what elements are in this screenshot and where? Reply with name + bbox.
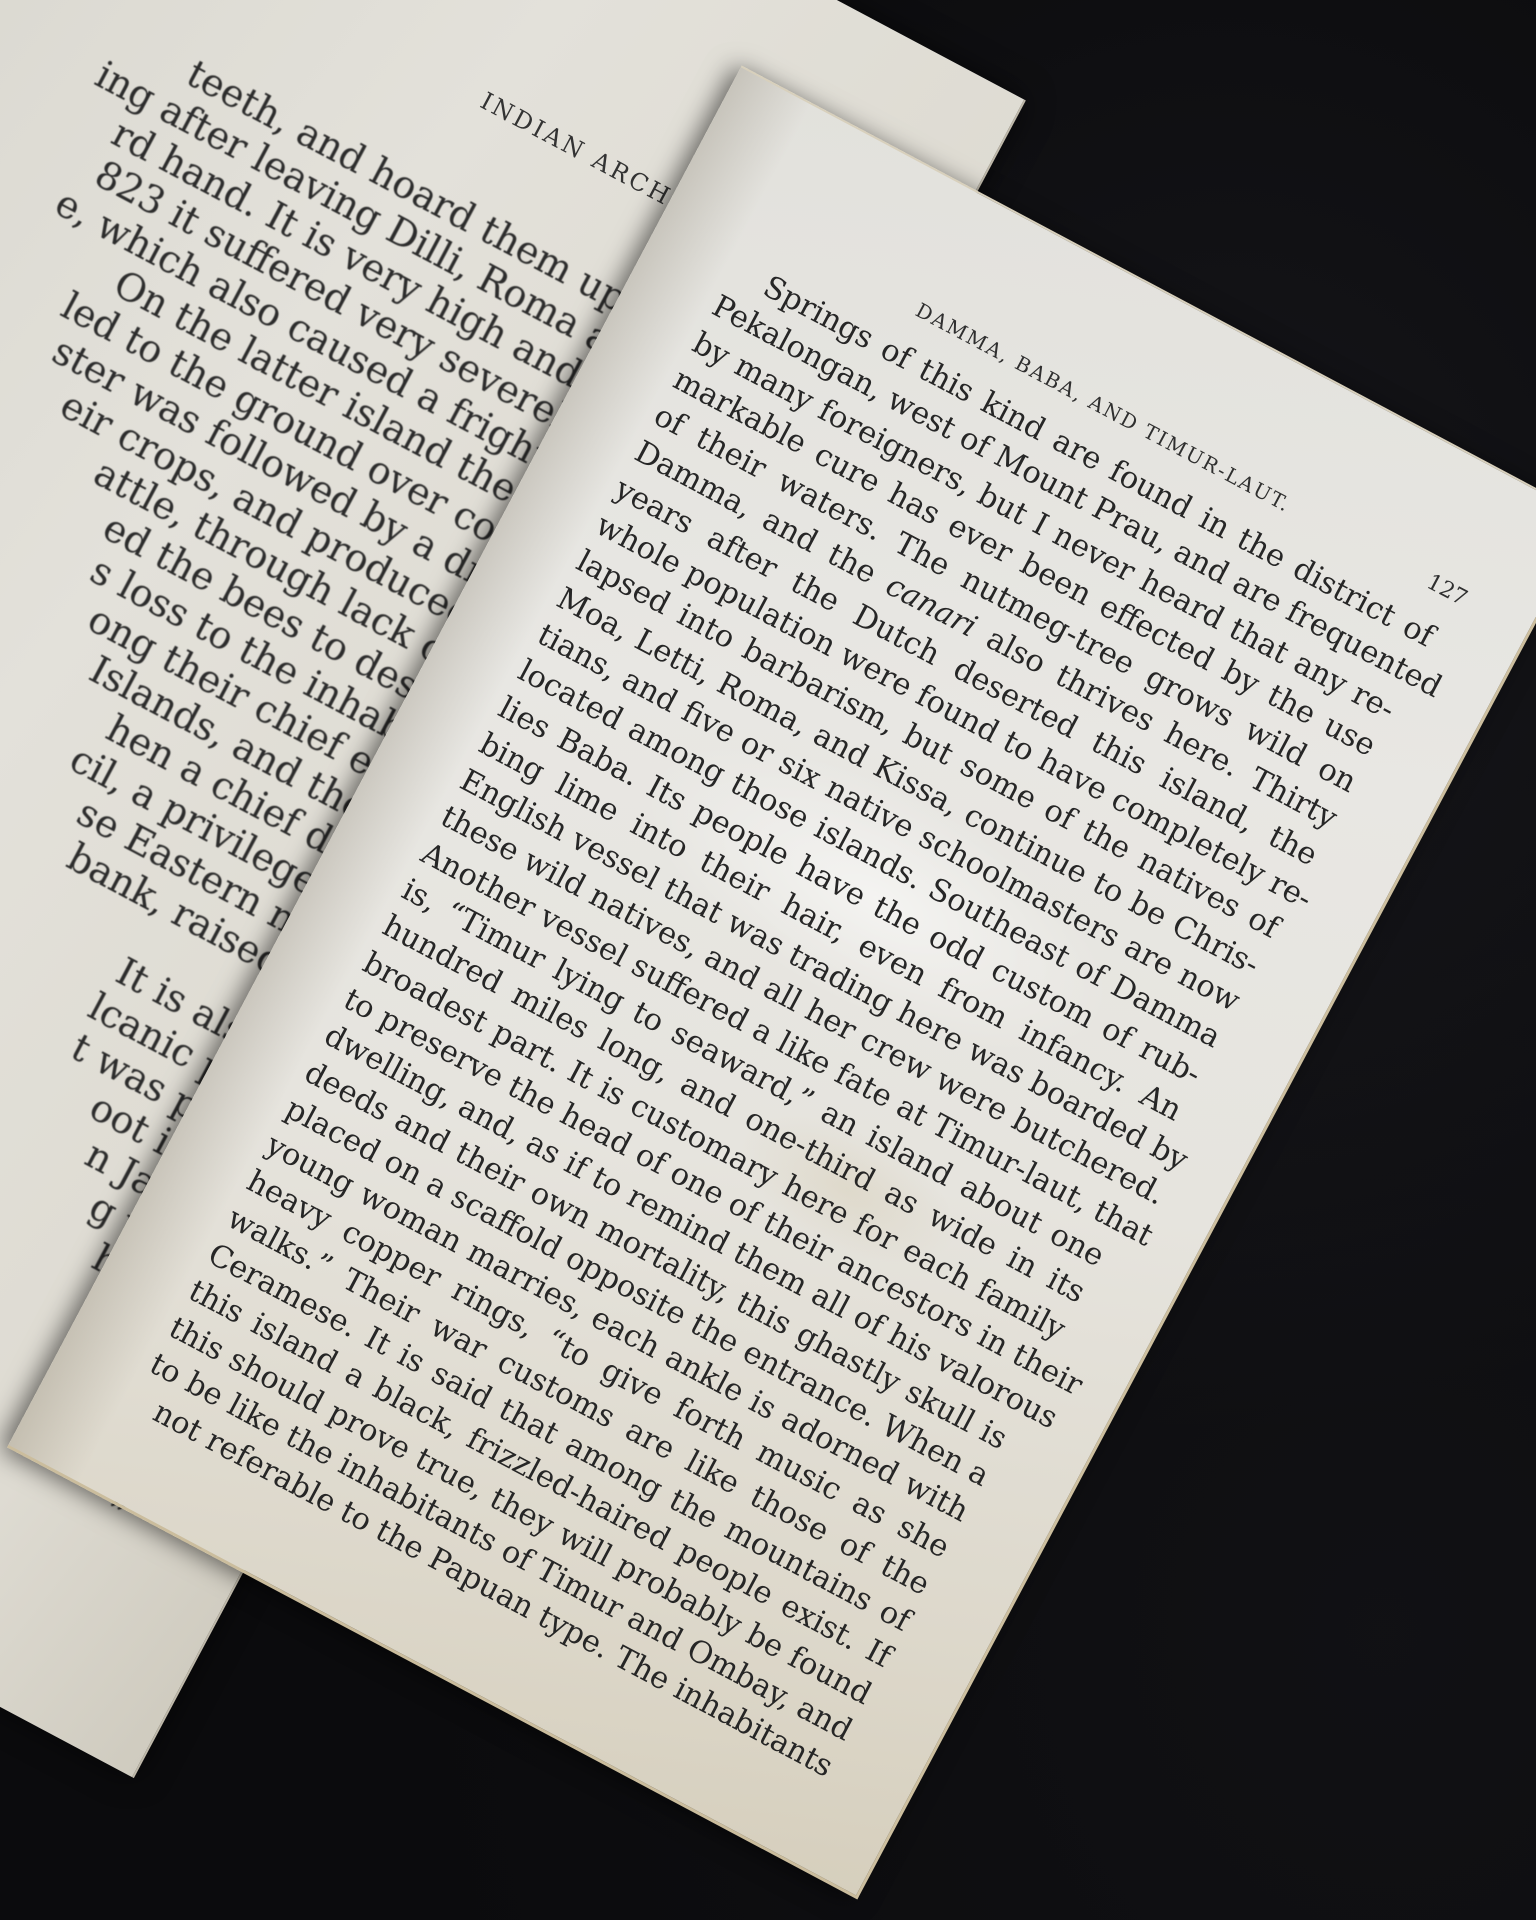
photo-scene: INDIAN ARCHIPELAGO. tures. teeth, and ho…	[0, 0, 1536, 1920]
page-number: 127	[1422, 570, 1471, 612]
